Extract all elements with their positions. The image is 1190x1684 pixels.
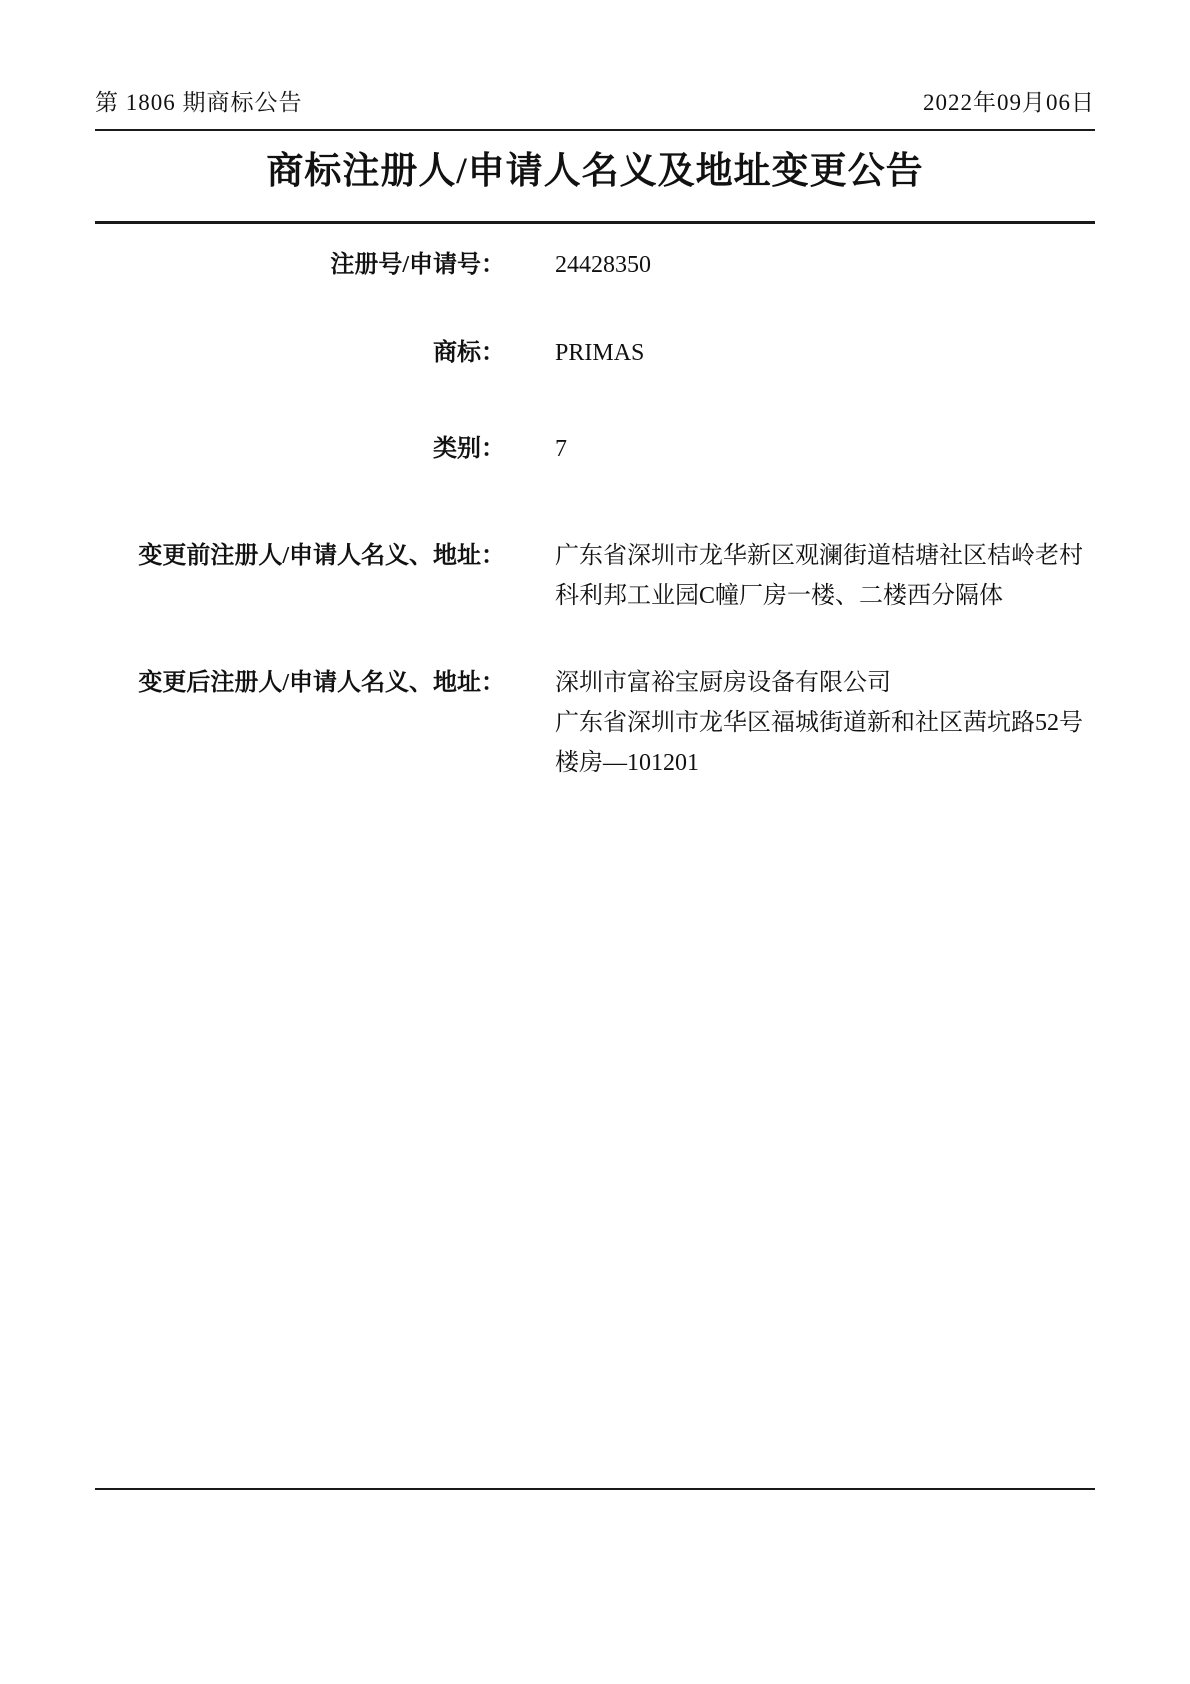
field-label: 注册号/申请号： <box>95 245 505 285</box>
title-divider-line <box>95 221 1095 224</box>
field-value-line: 楼房—101201 <box>555 743 1095 783</box>
field-label: 变更后注册人/申请人名义、地址： <box>95 663 505 703</box>
field-row-registration-number: 注册号/申请号： 24428350 <box>95 245 1095 285</box>
field-value-line: PRIMAS <box>555 333 1095 373</box>
field-value: 深圳市富裕宝厨房设备有限公司 广东省深圳市龙华区福城街道新和社区茜坑路52号 楼… <box>555 663 1095 783</box>
field-value-line: 广东省深圳市龙华区福城街道新和社区茜坑路52号 <box>555 703 1095 743</box>
page-header: 第 1806 期商标公告 2022年09月06日 <box>95 84 1095 131</box>
page-title: 商标注册人/申请人名义及地址变更公告 <box>95 149 1095 195</box>
gazette-issue-label: 第 1806 期商标公告 <box>95 84 303 117</box>
gazette-page: 第 1806 期商标公告 2022年09月06日 商标注册人/申请人名义及地址变… <box>0 0 1190 1684</box>
field-value-line: 24428350 <box>555 245 1095 285</box>
field-label: 变更前注册人/申请人名义、地址： <box>95 536 505 576</box>
field-value-line: 7 <box>555 429 1095 469</box>
field-label: 类别： <box>95 429 505 469</box>
field-value: 7 <box>555 429 1095 469</box>
field-row-after-change: 变更后注册人/申请人名义、地址： 深圳市富裕宝厨房设备有限公司 广东省深圳市龙华… <box>95 663 1095 783</box>
field-row-class: 类别： 7 <box>95 429 1095 469</box>
field-value-line: 深圳市富裕宝厨房设备有限公司 <box>555 663 1095 703</box>
field-row-trademark: 商标： PRIMAS <box>95 333 1095 373</box>
footer-divider-line <box>95 1488 1095 1490</box>
field-value: 24428350 <box>555 245 1095 285</box>
gazette-date-label: 2022年09月06日 <box>923 84 1095 117</box>
fields-section: 注册号/申请号： 24428350 商标： PRIMAS 类别： 7 变更前注册… <box>95 245 1095 783</box>
field-value-line: 科利邦工业园C幢厂房一楼、二楼西分隔体 <box>555 576 1095 616</box>
field-value: 广东省深圳市龙华新区观澜街道桔塘社区桔岭老村 科利邦工业园C幢厂房一楼、二楼西分… <box>555 536 1095 616</box>
field-value-line: 广东省深圳市龙华新区观澜街道桔塘社区桔岭老村 <box>555 536 1095 576</box>
field-row-before-change: 变更前注册人/申请人名义、地址： 广东省深圳市龙华新区观澜街道桔塘社区桔岭老村 … <box>95 536 1095 616</box>
field-label: 商标： <box>95 333 505 373</box>
field-value: PRIMAS <box>555 333 1095 373</box>
